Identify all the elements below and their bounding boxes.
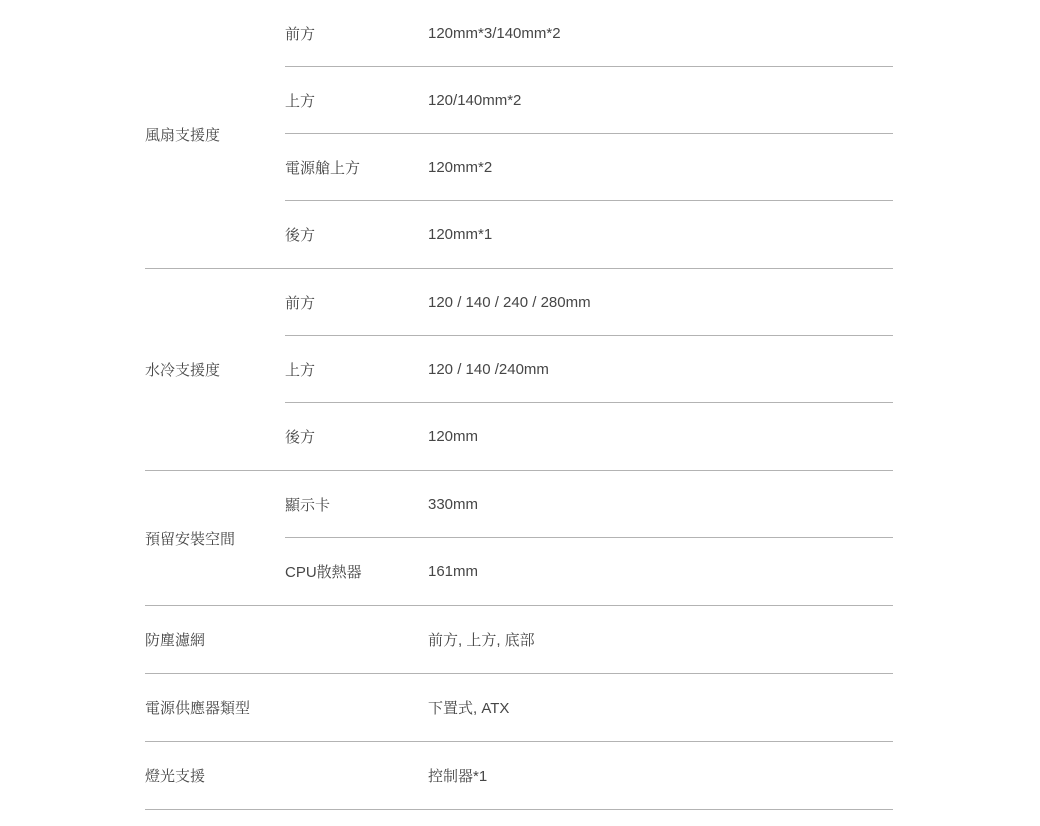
spec-value: 120 / 140 / 240 / 280mm [428, 294, 893, 311]
spec-table: 風扇支援度前方120mm*3/140mm*2上方120/140mm*2電源艙上方… [145, 0, 893, 810]
spec-row: 電源艙上方120mm*2 [285, 134, 893, 201]
spec-rows-group: 前方120 / 140 / 240 / 280mm上方120 / 140 /24… [285, 269, 893, 470]
spec-row: CPU散熱器161mm [285, 538, 893, 605]
spec-section: 預留安裝空間顯示卡330mmCPU散熱器161mm [145, 471, 893, 606]
spec-value: 120 / 140 /240mm [428, 361, 893, 378]
spec-rows-group: 前方120mm*3/140mm*2上方120/140mm*2電源艙上方120mm… [285, 0, 893, 268]
spec-rows-group: 前方, 上方, 底部 [285, 606, 893, 673]
spec-value: 下置式, ATX [428, 697, 893, 718]
spec-rows-group: 顯示卡330mmCPU散熱器161mm [285, 471, 893, 605]
spec-subcategory-label: 上方 [285, 359, 428, 380]
spec-value: 120mm*2 [428, 159, 893, 176]
spec-row: 前方, 上方, 底部 [285, 606, 893, 673]
spec-value: 120mm*1 [428, 226, 893, 243]
spec-value: 前方, 上方, 底部 [428, 629, 893, 650]
spec-row: 上方120 / 140 /240mm [285, 336, 893, 403]
spec-value: 120/140mm*2 [428, 92, 893, 109]
spec-section: 電源供應器類型下置式, ATX [145, 674, 893, 742]
spec-row: 顯示卡330mm [285, 471, 893, 538]
spec-subcategory-label: 電源艙上方 [285, 157, 428, 178]
spec-category-label: 風扇支援度 [145, 0, 285, 268]
spec-subcategory-label: 顯示卡 [285, 494, 428, 515]
spec-section: 燈光支援控制器*1 [145, 742, 893, 810]
spec-category-label: 防塵濾網 [145, 606, 285, 673]
spec-section: 風扇支援度前方120mm*3/140mm*2上方120/140mm*2電源艙上方… [145, 0, 893, 269]
spec-row: 後方120mm [285, 403, 893, 470]
spec-value: 330mm [428, 496, 893, 513]
spec-row: 後方120mm*1 [285, 201, 893, 268]
spec-category-label: 電源供應器類型 [145, 674, 285, 741]
spec-category-label: 水冷支援度 [145, 269, 285, 470]
spec-value: 120mm*3/140mm*2 [428, 25, 893, 42]
spec-row: 下置式, ATX [285, 674, 893, 741]
spec-subcategory-label: CPU散熱器 [285, 561, 428, 582]
spec-subcategory-label: 前方 [285, 23, 428, 44]
spec-row: 前方120mm*3/140mm*2 [285, 0, 893, 67]
spec-subcategory-label: 上方 [285, 90, 428, 111]
spec-row: 上方120/140mm*2 [285, 67, 893, 134]
spec-value: 控制器*1 [428, 765, 893, 786]
spec-row: 控制器*1 [285, 742, 893, 809]
spec-rows-group: 控制器*1 [285, 742, 893, 809]
spec-category-label: 燈光支援 [145, 742, 285, 809]
spec-section: 防塵濾網前方, 上方, 底部 [145, 606, 893, 674]
spec-subcategory-label: 後方 [285, 224, 428, 245]
spec-row: 前方120 / 140 / 240 / 280mm [285, 269, 893, 336]
spec-category-label: 預留安裝空間 [145, 471, 285, 605]
spec-section: 水冷支援度前方120 / 140 / 240 / 280mm上方120 / 14… [145, 269, 893, 471]
spec-subcategory-label: 後方 [285, 426, 428, 447]
spec-rows-group: 下置式, ATX [285, 674, 893, 741]
spec-value: 161mm [428, 563, 893, 580]
spec-value: 120mm [428, 428, 893, 445]
spec-subcategory-label: 前方 [285, 292, 428, 313]
